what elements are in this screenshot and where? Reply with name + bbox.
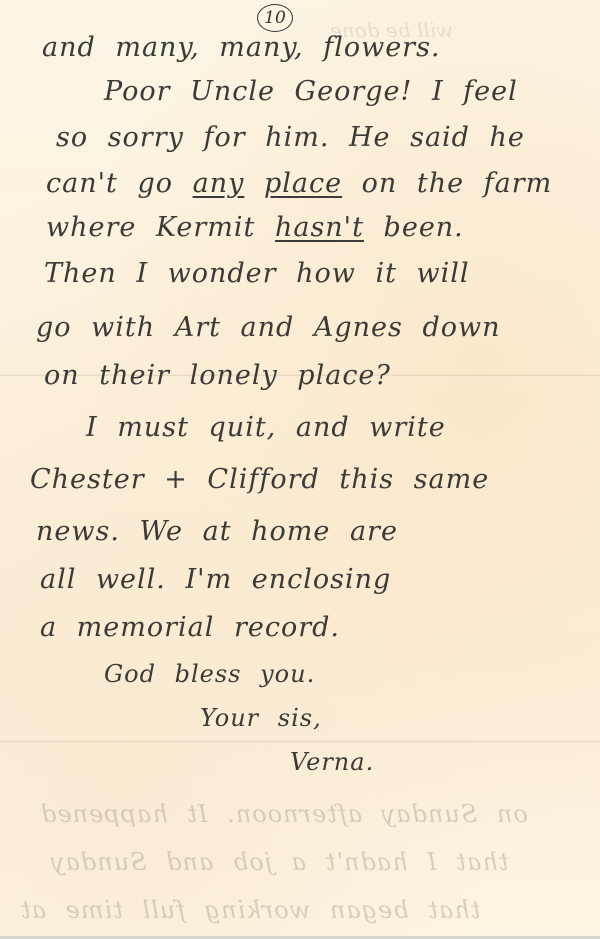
letter-line: can't go any place on the farm xyxy=(46,168,552,199)
letter-line: Poor Uncle George! I feel xyxy=(104,76,518,107)
bleed-through-text: on Sunday afternoon. It happened xyxy=(40,800,528,828)
closing-salutation: Your sis, xyxy=(200,704,322,732)
letter-line: news. We at home are xyxy=(36,516,398,547)
page-number: 10 xyxy=(257,4,293,32)
text-segment: on the farm xyxy=(342,168,552,199)
signature: Verna. xyxy=(290,748,374,776)
letter-line: so sorry for him. He said he xyxy=(56,122,525,153)
letter-line: I must quit, and write xyxy=(86,412,446,443)
text-segment: been. xyxy=(364,212,464,243)
letter-line: Then I wonder how it will xyxy=(44,258,470,289)
closing-blessing: God bless you. xyxy=(104,660,315,688)
text-segment: where Kermit xyxy=(46,212,275,243)
bleed-through-text: that began working full time at xyxy=(20,896,480,924)
underlined-word: any xyxy=(193,168,245,199)
letter-line: go with Art and Agnes down xyxy=(36,312,501,343)
letter-line: a memorial record. xyxy=(40,612,340,643)
letter-page: will be done 10 and many, many, flowers.… xyxy=(0,0,600,939)
bleed-through-text: that I hadn't a job and Sunday xyxy=(50,848,508,876)
text-segment: can't go xyxy=(46,168,193,199)
underlined-word: place xyxy=(264,168,342,199)
letter-line: all well. I'm enclosing xyxy=(40,564,391,595)
letter-line: and many, many, flowers. xyxy=(42,32,441,63)
text-segment xyxy=(244,168,264,199)
fold-crease xyxy=(0,740,600,743)
letter-line: on their lonely place? xyxy=(44,360,391,391)
letter-line: where Kermit hasn't been. xyxy=(46,212,464,243)
letter-line: Chester + Clifford this same xyxy=(30,464,489,495)
underlined-word: hasn't xyxy=(275,212,364,243)
